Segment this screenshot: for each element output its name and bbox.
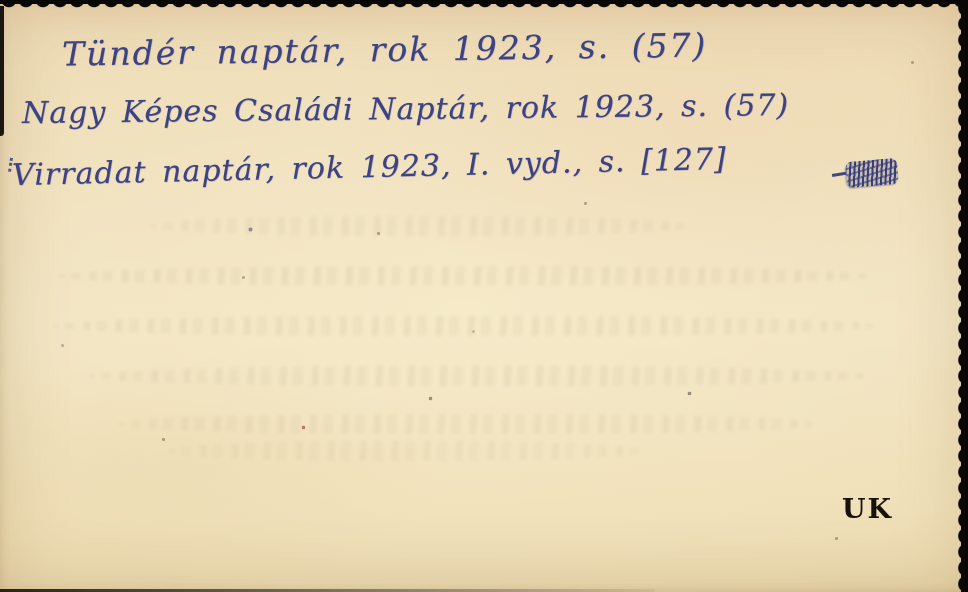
perforated-edge-right [950,0,968,592]
library-stamp: UK [842,494,893,525]
catalog-card-paper [0,0,968,592]
bleed-through-text-line [150,216,690,236]
bleed-through-text-line [88,366,868,386]
bleed-through-text-line [118,414,823,434]
scan-edge-left [0,6,4,136]
perforated-edge-top [0,0,968,15]
crossed-out-scribble [845,158,899,188]
bleed-through-text-line [58,266,868,286]
bleed-through-text-line [168,441,648,461]
bleed-through-text-line [52,316,877,336]
